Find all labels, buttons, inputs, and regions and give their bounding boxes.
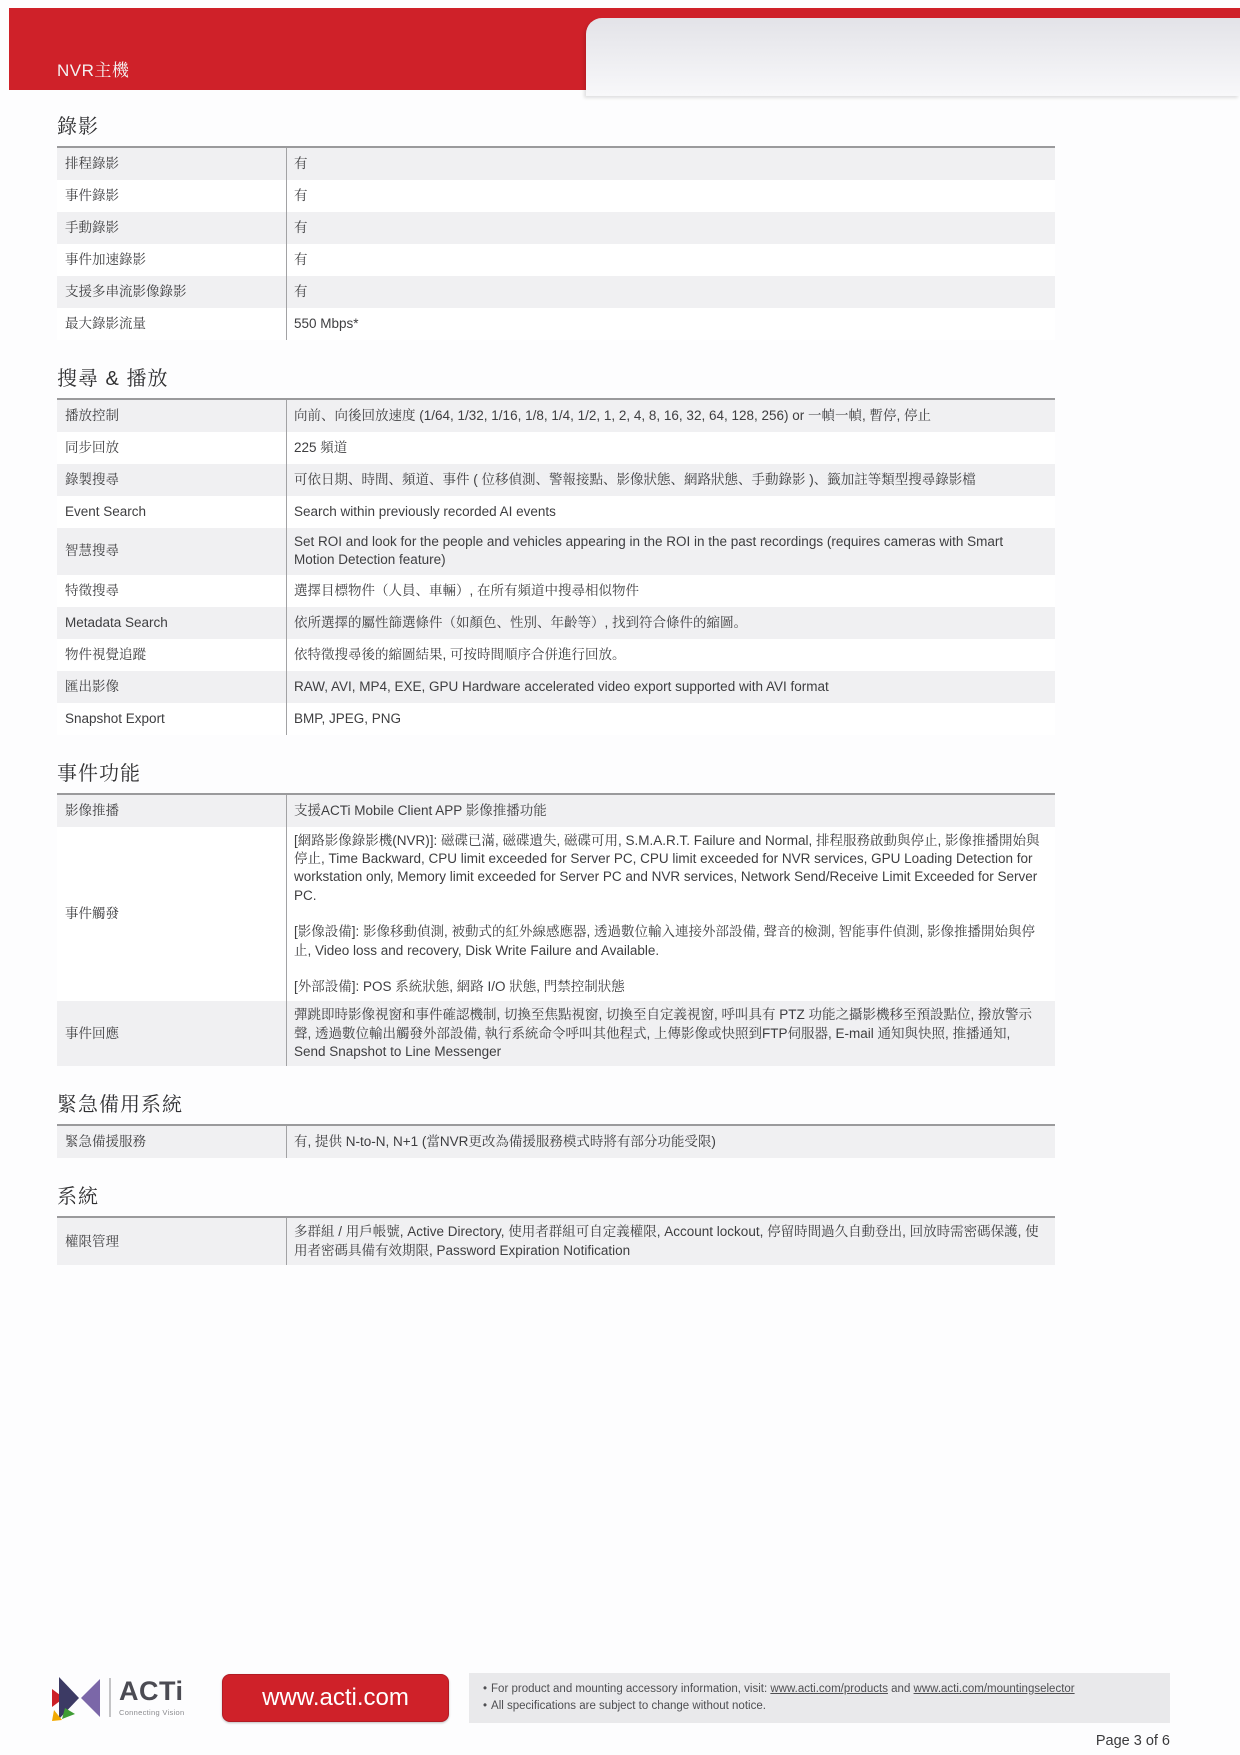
bullet-icon: • bbox=[483, 1683, 487, 1695]
spec-row: 事件回應彈跳即時影像視窗和事件確認機制, 切換至焦點視窗, 切換至自定義視窗, … bbox=[57, 1001, 1055, 1066]
acti-wordmark: ACTi Connecting Vision bbox=[109, 1678, 184, 1717]
spec-content: 錄影排程錄影有事件錄影有手動錄影有事件加速錄影有支援多串流影像錄影有最大錄影流量… bbox=[57, 96, 1055, 1265]
acti-brand-text: ACTi bbox=[119, 1678, 184, 1705]
spec-row: Snapshot ExportBMP, JPEG, PNG bbox=[57, 703, 1055, 735]
page-header-bar: NVR主機 bbox=[9, 8, 1240, 90]
page-footer: ACTi Connecting Vision www.acti.com •For… bbox=[52, 1673, 1170, 1750]
footer-row: ACTi Connecting Vision www.acti.com •For… bbox=[52, 1673, 1170, 1724]
spec-table: 排程錄影有事件錄影有手動錄影有事件加速錄影有支援多串流影像錄影有最大錄影流量55… bbox=[57, 146, 1055, 340]
spec-row: 錄製搜尋可依日期、時間、頻道、事件 ( 位移偵測、警報接點、影像狀態、網路狀態、… bbox=[57, 464, 1055, 496]
spec-table: 播放控制向前、向後回放速度 (1/64, 1/32, 1/16, 1/8, 1/… bbox=[57, 398, 1055, 735]
spec-label: 播放控制 bbox=[57, 400, 287, 432]
page-title: NVR主機 bbox=[57, 56, 129, 81]
spec-row: 特徵搜尋選擇目標物件（人員、車輛）, 在所有頻道中搜尋相似物件 bbox=[57, 575, 1055, 607]
spec-row: 最大錄影流量550 Mbps* bbox=[57, 308, 1055, 340]
spec-value: [網路影像錄影機(NVR)]: 磁碟已滿, 磁碟遺失, 磁碟可用, S.M.A.… bbox=[287, 827, 1055, 1002]
spec-value: 依所選擇的屬性篩選條件（如顏色、性別、年齡等）, 找到符合條件的縮圖。 bbox=[287, 607, 1055, 639]
page-number: Page 3 of 6 bbox=[52, 1733, 1170, 1749]
spec-label: 匯出影像 bbox=[57, 671, 287, 703]
spec-value: 225 頻道 bbox=[287, 432, 1055, 464]
spec-row: 物件視覺追蹤依特徵搜尋後的縮圖結果, 可按時間順序合併進行回放。 bbox=[57, 639, 1055, 671]
section-title: 緊急備用系統 bbox=[57, 1088, 1055, 1117]
spec-value: 有, 提供 N-to-N, N+1 (當NVR更改為備援服務模式時將有部分功能受… bbox=[287, 1126, 1055, 1158]
note2-text: All specifications are subject to change… bbox=[491, 1700, 766, 1712]
spec-label: 事件加速錄影 bbox=[57, 244, 287, 276]
spec-label: 事件錄影 bbox=[57, 180, 287, 212]
spec-table: 影像推播支援ACTi Mobile Client APP 影像推播功能事件觸發[… bbox=[57, 793, 1055, 1067]
spec-row: Metadata Search依所選擇的屬性篩選條件（如顏色、性別、年齡等）, … bbox=[57, 607, 1055, 639]
spec-value: BMP, JPEG, PNG bbox=[287, 703, 1055, 735]
spec-label: 影像推播 bbox=[57, 795, 287, 827]
acti-website-button[interactable]: www.acti.com bbox=[222, 1674, 449, 1722]
spec-label: 排程錄影 bbox=[57, 148, 287, 180]
spec-label: Metadata Search bbox=[57, 607, 287, 639]
spec-row: 播放控制向前、向後回放速度 (1/64, 1/32, 1/16, 1/8, 1/… bbox=[57, 400, 1055, 432]
spec-label: 錄製搜尋 bbox=[57, 464, 287, 496]
spec-label: 物件視覺追蹤 bbox=[57, 639, 287, 671]
spec-row: 支援多串流影像錄影有 bbox=[57, 276, 1055, 308]
spec-label: Snapshot Export bbox=[57, 703, 287, 735]
spec-value: 彈跳即時影像視窗和事件確認機制, 切換至焦點視窗, 切換至自定義視窗, 呼叫具有… bbox=[287, 1001, 1055, 1066]
spec-value: 有 bbox=[287, 148, 1055, 180]
spec-value: 依特徵搜尋後的縮圖結果, 可按時間順序合併進行回放。 bbox=[287, 639, 1055, 671]
spec-label: 緊急備援服務 bbox=[57, 1126, 287, 1158]
section-title: 搜尋 & 播放 bbox=[57, 362, 1055, 391]
spec-row: 影像推播支援ACTi Mobile Client APP 影像推播功能 bbox=[57, 795, 1055, 827]
spec-label: 最大錄影流量 bbox=[57, 308, 287, 340]
spec-row: 同步回放225 頻道 bbox=[57, 432, 1055, 464]
spec-value: Set ROI and look for the people and vehi… bbox=[287, 528, 1055, 575]
products-link[interactable]: www.acti.com/products bbox=[770, 1683, 888, 1695]
acti-tagline: Connecting Vision bbox=[119, 1708, 184, 1717]
acti-logo: ACTi Connecting Vision bbox=[52, 1675, 222, 1721]
spec-row: 排程錄影有 bbox=[57, 148, 1055, 180]
spec-row: Event SearchSearch within previously rec… bbox=[57, 496, 1055, 528]
spec-label: 同步回放 bbox=[57, 432, 287, 464]
spec-value: 可依日期、時間、頻道、事件 ( 位移偵測、警報接點、影像狀態、網路狀態、手動錄影… bbox=[287, 464, 1055, 496]
spec-value-paragraph: [網路影像錄影機(NVR)]: 磁碟已滿, 磁碟遺失, 磁碟可用, S.M.A.… bbox=[294, 832, 1043, 905]
spec-value: RAW, AVI, MP4, EXE, GPU Hardware acceler… bbox=[287, 671, 1055, 703]
spec-value: 有 bbox=[287, 212, 1055, 244]
spec-label: 特徵搜尋 bbox=[57, 575, 287, 607]
spec-label: 事件觸發 bbox=[57, 827, 287, 1002]
spec-row: 智慧搜尋Set ROI and look for the people and … bbox=[57, 528, 1055, 575]
spec-value: 多群組 / 用戶帳號, Active Directory, 使用者群組可自定義權… bbox=[287, 1218, 1055, 1265]
spec-row: 緊急備援服務有, 提供 N-to-N, N+1 (當NVR更改為備援服務模式時將… bbox=[57, 1126, 1055, 1158]
spec-label: 事件回應 bbox=[57, 1001, 287, 1066]
spec-value-paragraph: [影像設備]: 影像移動偵測, 被動式的紅外線感應器, 透過數位輸入連接外部設備… bbox=[294, 923, 1043, 960]
section-title: 錄影 bbox=[57, 110, 1055, 139]
spec-value: 支援ACTi Mobile Client APP 影像推播功能 bbox=[287, 795, 1055, 827]
spec-value: 550 Mbps* bbox=[287, 308, 1055, 340]
section-title: 事件功能 bbox=[57, 757, 1055, 786]
spec-value: Search within previously recorded AI eve… bbox=[287, 496, 1055, 528]
spec-row: 事件加速錄影有 bbox=[57, 244, 1055, 276]
note1-middle: and bbox=[888, 1683, 914, 1695]
spec-row: 手動錄影有 bbox=[57, 212, 1055, 244]
spec-value: 選擇目標物件（人員、車輛）, 在所有頻道中搜尋相似物件 bbox=[287, 575, 1055, 607]
note1-text: For product and mounting accessory infor… bbox=[491, 1683, 770, 1695]
spec-value: 有 bbox=[287, 180, 1055, 212]
spec-row: 事件觸發[網路影像錄影機(NVR)]: 磁碟已滿, 磁碟遺失, 磁碟可用, S.… bbox=[57, 827, 1055, 1002]
footer-note-1: •For product and mounting accessory info… bbox=[483, 1681, 1156, 1698]
mountingselector-link[interactable]: www.acti.com/mountingselector bbox=[914, 1683, 1075, 1695]
spec-value: 向前、向後回放速度 (1/64, 1/32, 1/16, 1/8, 1/4, 1… bbox=[287, 400, 1055, 432]
footer-notes-box: •For product and mounting accessory info… bbox=[469, 1673, 1170, 1724]
spec-label: 手動錄影 bbox=[57, 212, 287, 244]
acti-butterfly-icon bbox=[52, 1675, 102, 1721]
spec-table: 權限管理多群組 / 用戶帳號, Active Directory, 使用者群組可… bbox=[57, 1216, 1055, 1265]
spec-label: Event Search bbox=[57, 496, 287, 528]
spec-row: 權限管理多群組 / 用戶帳號, Active Directory, 使用者群組可… bbox=[57, 1218, 1055, 1265]
spec-label: 權限管理 bbox=[57, 1218, 287, 1265]
spec-value: 有 bbox=[287, 244, 1055, 276]
header-corner-tab bbox=[586, 18, 1240, 96]
spec-table: 緊急備援服務有, 提供 N-to-N, N+1 (當NVR更改為備援服務模式時將… bbox=[57, 1124, 1055, 1158]
spec-label: 智慧搜尋 bbox=[57, 528, 287, 575]
footer-note-2: •All specifications are subject to chang… bbox=[483, 1698, 1156, 1715]
spec-row: 事件錄影有 bbox=[57, 180, 1055, 212]
spec-value: 有 bbox=[287, 276, 1055, 308]
spec-value-paragraph: [外部設備]: POS 系統狀態, 網路 I/O 狀態, 門禁控制狀態 bbox=[294, 978, 1043, 996]
section-title: 系統 bbox=[57, 1180, 1055, 1209]
spec-row: 匯出影像RAW, AVI, MP4, EXE, GPU Hardware acc… bbox=[57, 671, 1055, 703]
spec-label: 支援多串流影像錄影 bbox=[57, 276, 287, 308]
bullet-icon: • bbox=[483, 1700, 487, 1712]
